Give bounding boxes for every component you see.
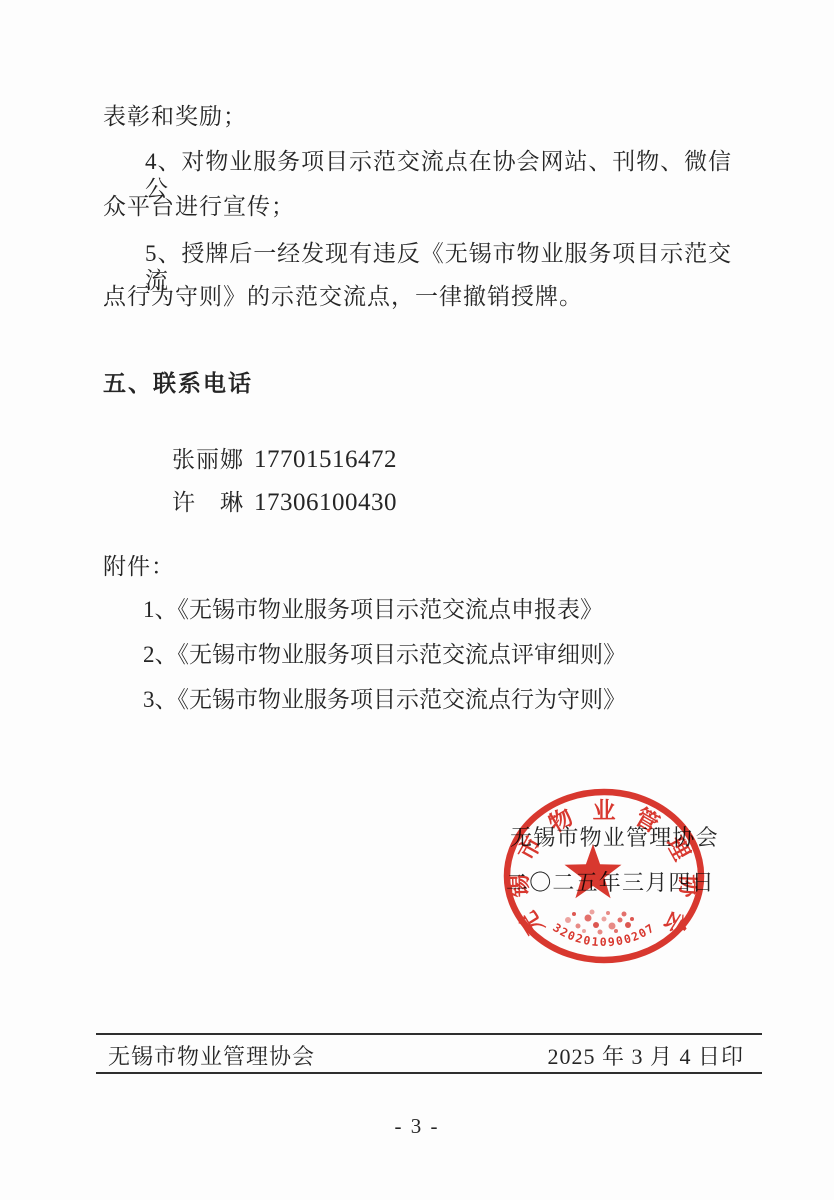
attachment-item: 3、《无锡市物业服务项目示范交流点行为守则》 bbox=[143, 686, 626, 713]
contact-row: 许 琳17306100430 bbox=[145, 461, 397, 545]
contact-phone: 17306100430 bbox=[254, 489, 397, 516]
contact-name: 许 琳 bbox=[172, 489, 244, 516]
footer-issuer: 无锡市物业管理协会 bbox=[96, 1040, 315, 1071]
svg-text:业: 业 bbox=[593, 798, 616, 823]
svg-text:无: 无 bbox=[516, 907, 549, 940]
attachment-item: 2、《无锡市物业服务项目示范交流点评审细则》 bbox=[143, 641, 626, 668]
svg-text:协: 协 bbox=[676, 874, 702, 899]
svg-text:会: 会 bbox=[659, 907, 693, 940]
official-seal-stamp: 无锡市物业管理协会 3202010900207 bbox=[500, 780, 716, 996]
document-page: 表彰和奖励； 4、对物业服务项目示范交流点在协会网站、刊物、微信公 众平台进行宣… bbox=[0, 0, 834, 1200]
body-line: 众平台进行宣传； bbox=[103, 193, 295, 220]
seal-star-icon bbox=[565, 844, 622, 898]
footer: 无锡市物业管理协会 2025 年 3 月 4 日印 bbox=[96, 1040, 762, 1071]
section-heading-contacts: 五、联系电话 bbox=[103, 370, 253, 397]
footer-rule-top bbox=[96, 1033, 762, 1035]
svg-text:锡: 锡 bbox=[506, 874, 533, 898]
body-line: 点行为守则》的示范交流点，一律撤销授牌。 bbox=[103, 283, 583, 310]
footer-rule-bottom bbox=[96, 1072, 762, 1074]
footer-print-date: 2025 年 3 月 4 日印 bbox=[547, 1040, 762, 1071]
body-line: 表彰和奖励； bbox=[103, 103, 247, 130]
page-number: - 3 - bbox=[0, 1114, 834, 1139]
attachment-item: 1、《无锡市物业服务项目示范交流点申报表》 bbox=[143, 596, 603, 623]
attachments-label: 附件： bbox=[103, 553, 175, 580]
seal-registration-number: 3202010900207 bbox=[550, 920, 657, 949]
